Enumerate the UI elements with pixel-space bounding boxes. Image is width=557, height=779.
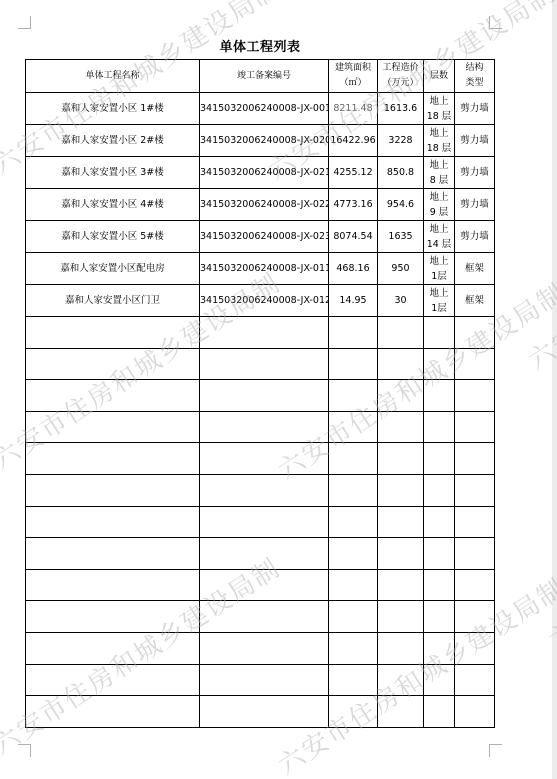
empty-cell: [329, 474, 378, 506]
empty-cell: [329, 348, 378, 380]
empty-cell: [455, 380, 495, 412]
table-row: 嘉和人家安置小区 1#楼3415032006240008-JX-0018211.…: [26, 93, 495, 125]
page-corner-mark: [489, 16, 502, 29]
cell-record-number: 3415032006240008-JX-022: [200, 189, 329, 221]
empty-cell: [200, 443, 329, 475]
cell-record-number: 3415032006240008-JX-001: [200, 93, 329, 125]
empty-cell: [200, 380, 329, 412]
table-header-row: 单体工程名称 竣工备案编号 建筑面积（㎡） 工程造价（万元） 层数 结构类型: [26, 60, 495, 93]
empty-cell: [424, 380, 455, 412]
empty-cell: [329, 506, 378, 538]
header-project-name: 单体工程名称: [26, 60, 200, 93]
empty-cell: [200, 569, 329, 601]
empty-cell: [26, 696, 200, 728]
empty-cell: [200, 506, 329, 538]
cell-project-cost: 954.6: [378, 189, 424, 221]
cell-project-name: 嘉和人家安置小区 4#楼: [26, 189, 200, 221]
empty-table-row: [26, 601, 495, 633]
cell-structure-type: 框架: [455, 253, 495, 285]
empty-table-row: [26, 380, 495, 412]
empty-table-row: [26, 696, 495, 728]
cell-floors: 地上9 层: [424, 189, 455, 221]
empty-cell: [26, 411, 200, 443]
cell-project-name: 嘉和人家安置小区 1#楼: [26, 93, 200, 125]
empty-cell: [200, 348, 329, 380]
empty-cell: [26, 443, 200, 475]
table-row: 嘉和人家安置小区 5#楼3415032006240008-JX-0238074.…: [26, 221, 495, 253]
empty-cell: [200, 411, 329, 443]
cell-project-name: 嘉和人家安置小区配电房: [26, 253, 200, 285]
empty-cell: [378, 443, 424, 475]
empty-cell: [424, 632, 455, 664]
empty-cell: [424, 317, 455, 349]
empty-cell: [26, 506, 200, 538]
empty-table-row: [26, 506, 495, 538]
cell-floors: 地上18 层: [424, 93, 455, 125]
empty-cell: [329, 569, 378, 601]
cell-project-cost: 850.8: [378, 157, 424, 189]
cell-floors: 地上18 层: [424, 125, 455, 157]
cell-structure-type: 剪力墙: [455, 125, 495, 157]
cell-structure-type: 剪力墙: [455, 93, 495, 125]
empty-cell: [455, 506, 495, 538]
empty-cell: [378, 538, 424, 570]
empty-table-row: [26, 664, 495, 696]
cell-building-area: 8074.54: [329, 221, 378, 253]
empty-cell: [329, 601, 378, 633]
empty-cell: [26, 474, 200, 506]
empty-cell: [424, 506, 455, 538]
empty-cell: [26, 601, 200, 633]
empty-table-row: [26, 474, 495, 506]
cell-building-area: 16422.96: [329, 125, 378, 157]
cell-building-area: 8211.48: [329, 93, 378, 125]
empty-cell: [200, 474, 329, 506]
empty-cell: [455, 474, 495, 506]
empty-cell: [378, 317, 424, 349]
cell-record-number: 3415032006240008-JX-021: [200, 157, 329, 189]
table-row: 嘉和人家安置小区门卫3415032006240008-JX-01214.9530…: [26, 285, 495, 317]
table-row: 嘉和人家安置小区 4#楼3415032006240008-JX-0224773.…: [26, 189, 495, 221]
page-corner-mark: [18, 744, 31, 757]
empty-cell: [455, 664, 495, 696]
empty-cell: [200, 696, 329, 728]
empty-cell: [424, 696, 455, 728]
empty-cell: [329, 632, 378, 664]
cell-floors: 地上1层: [424, 285, 455, 317]
empty-cell: [200, 317, 329, 349]
cell-project-name: 嘉和人家安置小区 5#楼: [26, 221, 200, 253]
empty-table-row: [26, 411, 495, 443]
empty-cell: [455, 443, 495, 475]
cell-building-area: 4255.12: [329, 157, 378, 189]
empty-table-row: [26, 632, 495, 664]
empty-cell: [200, 538, 329, 570]
empty-cell: [424, 569, 455, 601]
empty-cell: [455, 632, 495, 664]
empty-cell: [455, 538, 495, 570]
empty-cell: [329, 696, 378, 728]
empty-cell: [26, 538, 200, 570]
empty-cell: [26, 664, 200, 696]
empty-cell: [378, 601, 424, 633]
header-project-cost: 工程造价（万元）: [378, 60, 424, 93]
cell-structure-type: 剪力墙: [455, 189, 495, 221]
empty-cell: [378, 380, 424, 412]
empty-cell: [200, 664, 329, 696]
page-corner-mark: [489, 744, 502, 757]
cell-record-number: 3415032006240008-JX-020: [200, 125, 329, 157]
empty-cell: [329, 664, 378, 696]
cell-project-name: 嘉和人家安置小区门卫: [26, 285, 200, 317]
empty-cell: [424, 538, 455, 570]
empty-cell: [329, 411, 378, 443]
empty-table-row: [26, 538, 495, 570]
empty-cell: [26, 380, 200, 412]
scrollbar-track[interactable]: [552, 0, 557, 779]
empty-cell: [329, 443, 378, 475]
empty-cell: [424, 443, 455, 475]
empty-cell: [378, 411, 424, 443]
empty-cell: [26, 348, 200, 380]
table-row: 嘉和人家安置小区配电房3415032006240008-JX-011468.16…: [26, 253, 495, 285]
empty-cell: [378, 632, 424, 664]
cell-building-area: 14.95: [329, 285, 378, 317]
empty-cell: [455, 601, 495, 633]
empty-cell: [424, 664, 455, 696]
empty-cell: [455, 411, 495, 443]
cell-project-cost: 3228: [378, 125, 424, 157]
cell-record-number: 3415032006240008-JX-011: [200, 253, 329, 285]
cell-building-area: 4773.16: [329, 189, 378, 221]
cell-record-number: 3415032006240008-JX-012: [200, 285, 329, 317]
header-record-number: 竣工备案编号: [200, 60, 329, 93]
empty-table-row: [26, 348, 495, 380]
empty-table-row: [26, 317, 495, 349]
empty-cell: [26, 569, 200, 601]
empty-cell: [378, 569, 424, 601]
cell-floors: 地上1层: [424, 253, 455, 285]
empty-cell: [455, 317, 495, 349]
cell-structure-type: 框架: [455, 285, 495, 317]
project-table: 单体工程名称 竣工备案编号 建筑面积（㎡） 工程造价（万元） 层数 结构类型 嘉…: [25, 59, 495, 728]
table-row: 嘉和人家安置小区 2#楼3415032006240008-JX-02016422…: [26, 125, 495, 157]
page-corner-mark: [18, 16, 31, 29]
empty-cell: [378, 664, 424, 696]
empty-cell: [378, 506, 424, 538]
cell-project-cost: 1635: [378, 221, 424, 253]
cell-structure-type: 剪力墙: [455, 157, 495, 189]
empty-cell: [424, 348, 455, 380]
header-structure-type: 结构类型: [455, 60, 495, 93]
table-row: 嘉和人家安置小区 3#楼3415032006240008-JX-0214255.…: [26, 157, 495, 189]
cell-building-area: 468.16: [329, 253, 378, 285]
empty-cell: [329, 317, 378, 349]
empty-cell: [424, 474, 455, 506]
empty-cell: [378, 348, 424, 380]
empty-table-row: [26, 443, 495, 475]
empty-cell: [26, 632, 200, 664]
empty-cell: [329, 380, 378, 412]
empty-cell: [378, 696, 424, 728]
cell-project-cost: 950: [378, 253, 424, 285]
empty-cell: [200, 632, 329, 664]
cell-project-name: 嘉和人家安置小区 2#楼: [26, 125, 200, 157]
cell-structure-type: 剪力墙: [455, 221, 495, 253]
cell-floors: 地上14 层: [424, 221, 455, 253]
cell-record-number: 3415032006240008-JX-023: [200, 221, 329, 253]
empty-table-row: [26, 569, 495, 601]
empty-cell: [455, 696, 495, 728]
empty-cell: [200, 601, 329, 633]
empty-cell: [378, 474, 424, 506]
cell-project-name: 嘉和人家安置小区 3#楼: [26, 157, 200, 189]
cell-project-cost: 1613.6: [378, 93, 424, 125]
document-title: 单体工程列表: [0, 36, 520, 55]
empty-cell: [424, 411, 455, 443]
empty-cell: [455, 348, 495, 380]
empty-cell: [329, 538, 378, 570]
empty-cell: [424, 601, 455, 633]
cell-floors: 地上8 层: [424, 157, 455, 189]
cell-project-cost: 30: [378, 285, 424, 317]
header-building-area: 建筑面积（㎡）: [329, 60, 378, 93]
empty-cell: [26, 317, 200, 349]
empty-cell: [455, 569, 495, 601]
header-floors: 层数: [424, 60, 455, 93]
